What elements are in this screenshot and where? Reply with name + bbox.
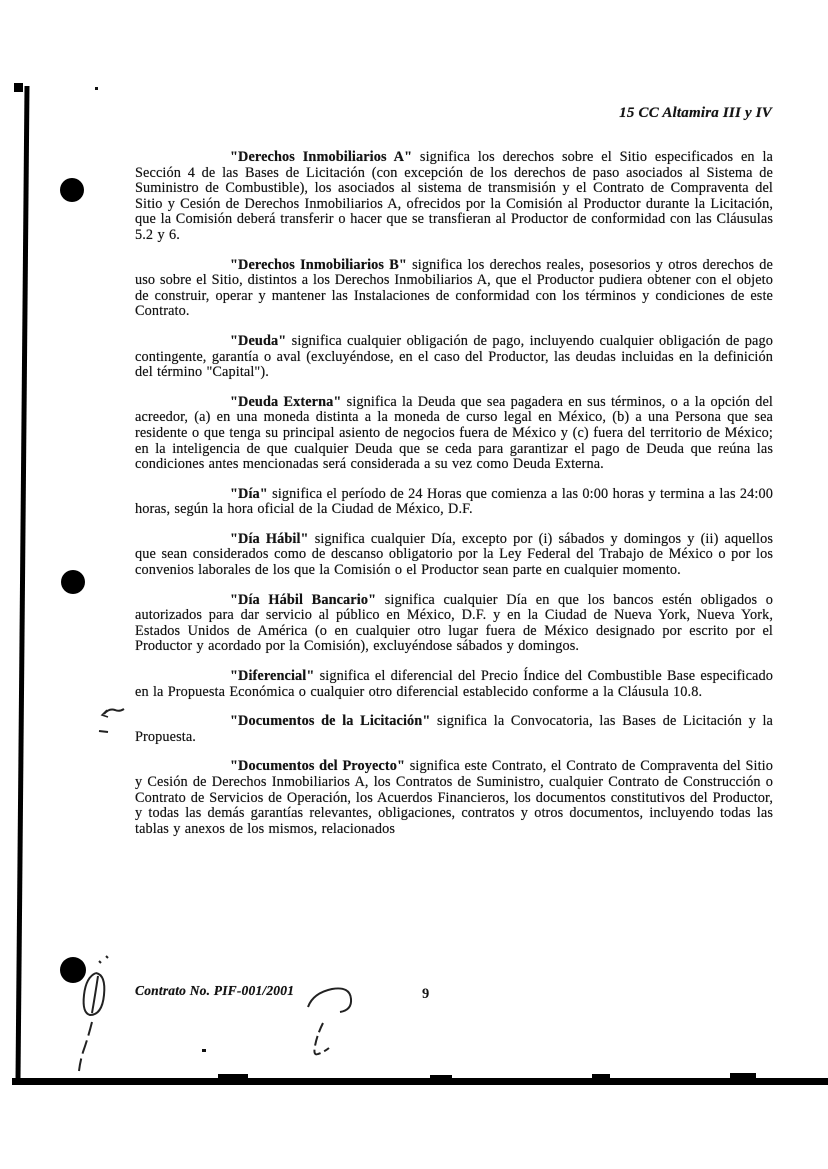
- pen-scribble-left: [92, 976, 98, 1013]
- pen-scribble-left: [99, 956, 108, 963]
- definition-term: "Deuda": [230, 333, 286, 349]
- pen-scribble-left: [79, 1022, 92, 1071]
- pen-scribble-left: [84, 973, 105, 1015]
- definition-term: "Deuda Externa": [230, 394, 341, 410]
- definition-paragraph: "Documentos de la Licitación" significa …: [135, 714, 773, 745]
- definition-term: "Derechos Inmobiliarios A": [230, 149, 412, 165]
- definition-paragraph: "Día Hábil" significa cualquier Día, exc…: [135, 532, 773, 579]
- definition-paragraph: "Deuda Externa" significa la Deuda que s…: [135, 395, 773, 473]
- pen-scribble-center: [308, 988, 351, 1012]
- definition-term: "Día Hábil Bancario": [230, 592, 376, 608]
- punch-hole: [60, 957, 86, 983]
- definition-term: "Derechos Inmobiliarios B": [230, 257, 407, 273]
- pen-mark-margin: [104, 709, 124, 714]
- definition-paragraph: "Día" significa el período de 24 Horas q…: [135, 487, 773, 518]
- scan-bottom-bar-speck: [730, 1073, 756, 1078]
- scan-speck: [202, 1049, 206, 1052]
- scan-bottom-bar-speck: [430, 1075, 452, 1078]
- definition-paragraph: "Derechos Inmobiliarios B" significa los…: [135, 258, 773, 320]
- scanned-contract-page: 15 CC Altamira III y IV "Derechos Inmobi…: [0, 0, 828, 1169]
- footer-page-number: 9: [422, 986, 429, 1003]
- scan-bottom-bar: [12, 1078, 828, 1085]
- definition-paragraph: "Día Hábil Bancario" significa cualquier…: [135, 593, 773, 655]
- definition-paragraph: "Derechos Inmobiliarios A" significa los…: [135, 150, 773, 244]
- definition-paragraph: "Diferencial" significa el diferencial d…: [135, 669, 773, 700]
- pen-mark-margin: [99, 731, 108, 732]
- definition-paragraph: "Deuda" significa cualquier obligación d…: [135, 334, 773, 381]
- definition-term: "Día": [230, 486, 268, 502]
- page-header-reference: 15 CC Altamira III y IV: [619, 105, 772, 122]
- scan-bottom-bar-speck: [218, 1074, 248, 1078]
- scan-speck: [95, 87, 98, 90]
- punch-hole: [61, 570, 85, 594]
- punch-hole: [60, 178, 84, 202]
- definition-paragraph: "Documentos del Proyecto" significa este…: [135, 759, 773, 837]
- definition-term: "Día Hábil": [230, 531, 309, 547]
- pen-scribble-center: [314, 1023, 329, 1054]
- footer-contract-number: Contrato No. PIF-001/2001: [135, 983, 294, 999]
- scan-edge-line: [18, 86, 27, 1080]
- definition-term: "Documentos de la Licitación": [230, 713, 430, 729]
- scan-bottom-bar-speck: [592, 1074, 610, 1078]
- scan-edge-nub: [14, 83, 23, 92]
- pen-mark-margin: [102, 710, 108, 717]
- definition-term: "Documentos del Proyecto": [230, 758, 405, 774]
- definitions-text-block: "Derechos Inmobiliarios A" significa los…: [135, 150, 773, 851]
- definition-term: "Diferencial": [230, 668, 314, 684]
